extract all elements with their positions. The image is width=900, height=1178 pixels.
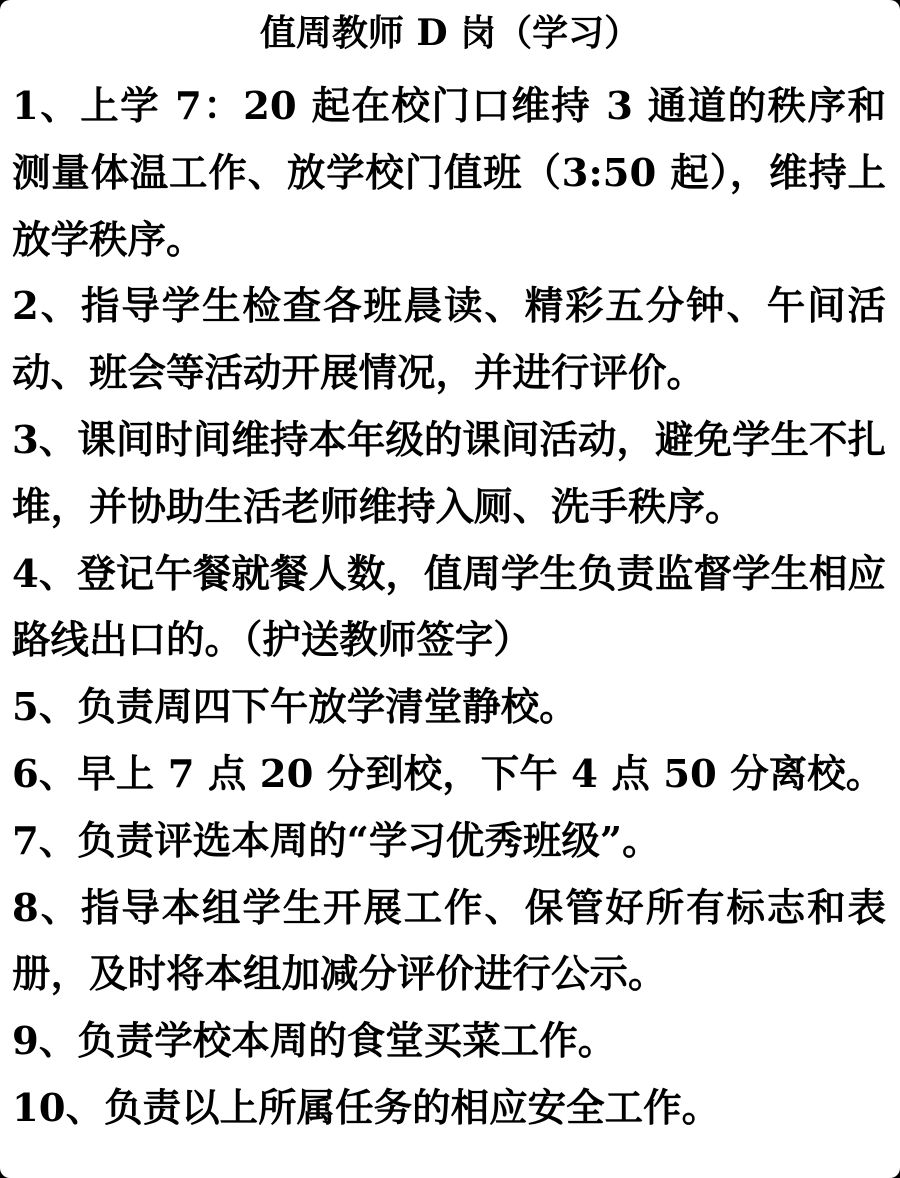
duty-item-1: 1、上学 7：20 起在校门口维持 3 通道的秩序和测量体温工作、放学校门值班（…	[12, 74, 886, 274]
duty-item-3: 3、课间时间维持本年级的课间活动，避免学生不扎堆，并协助生活老师维持入厕、洗手秩…	[12, 408, 886, 542]
duty-item-5: 5、负责周四下午放学清堂静校。	[12, 675, 886, 742]
duty-item-7: 7、负责评选本周的“学习优秀班级”。	[12, 809, 886, 876]
duty-item-6: 6、早上 7 点 20 分到校，下午 4 点 50 分离校。	[12, 742, 886, 809]
document-title: 值周教师 D 岗（学习）	[0, 8, 900, 58]
duty-item-10: 10、负责以上所属任务的相应安全工作。	[12, 1076, 886, 1143]
duty-item-8: 8、指导本组学生开展工作、保管好所有标志和表册，及时将本组加减分评价进行公示。	[12, 876, 886, 1010]
duty-item-9: 9、负责学校本周的食堂买菜工作。	[12, 1009, 886, 1076]
duty-list: 1、上学 7：20 起在校门口维持 3 通道的秩序和测量体温工作、放学校门值班（…	[12, 74, 886, 1143]
duty-item-4: 4、登记午餐就餐人数，值周学生负责监督学生相应路线出口的。（护送教师签字）	[12, 542, 886, 676]
document-page: 值周教师 D 岗（学习） 1、上学 7：20 起在校门口维持 3 通道的秩序和测…	[0, 0, 900, 1178]
duty-item-2: 2、指导学生检查各班晨读、精彩五分钟、午间活动、班会等活动开展情况，并进行评价。	[12, 274, 886, 408]
